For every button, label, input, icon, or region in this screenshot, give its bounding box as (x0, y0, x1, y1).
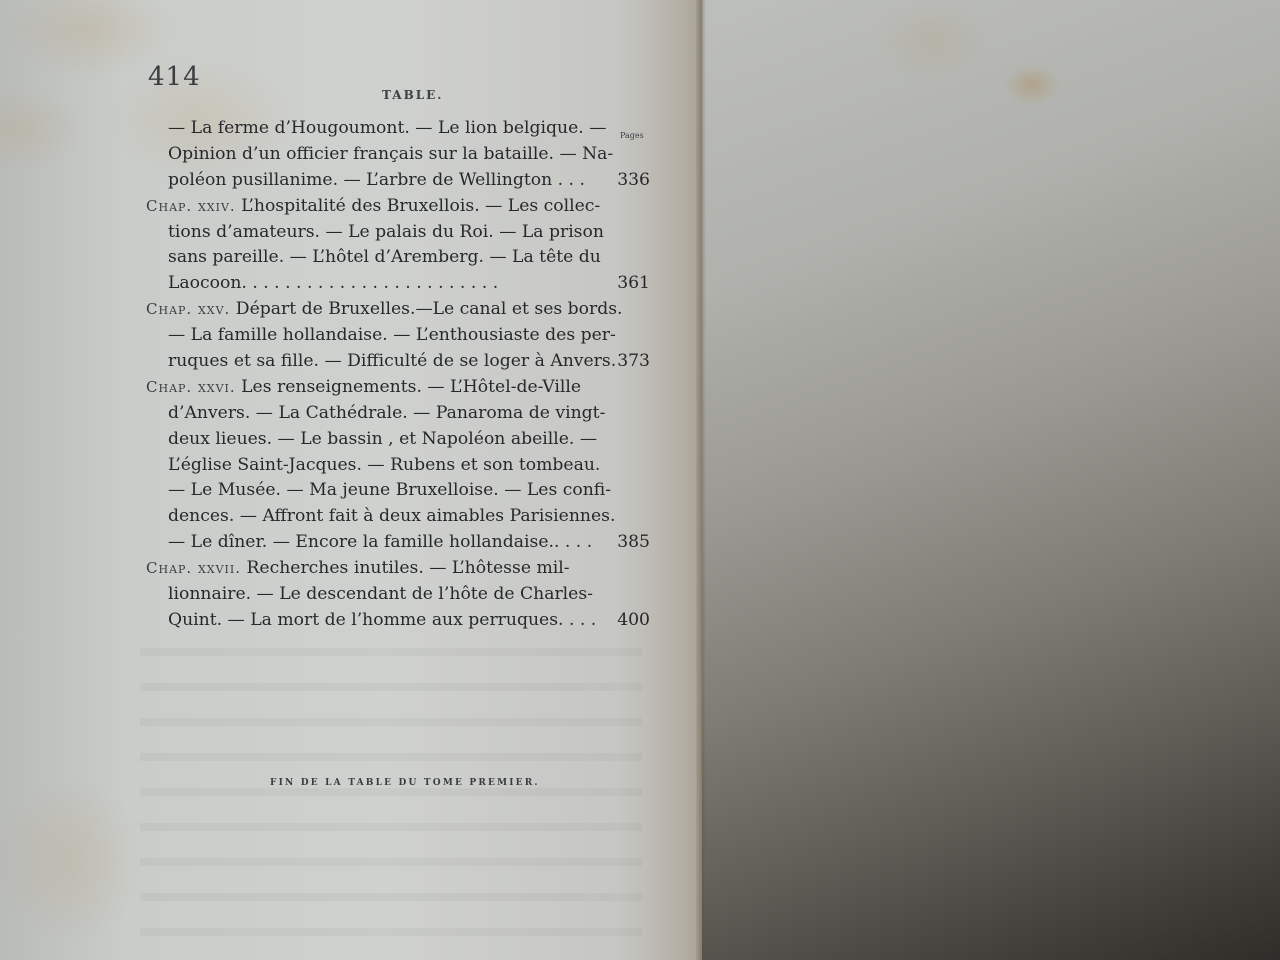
toc-chapter-line: Chap. xxvii. Recherches inutiles. — L’hô… (146, 556, 656, 582)
toc-line: Opinion d’un officier français sur la ba… (146, 142, 656, 168)
toc-line: — La famille hollandaise. — L’enthousias… (146, 323, 656, 349)
toc-line: deux lieues. — Le bassin , et Napoléon a… (146, 427, 656, 453)
chapter-label: Chap. xxvi. (146, 378, 236, 396)
book-spread: 414 TABLE. Pages — La ferme d’Hougoumont… (0, 0, 1280, 960)
toc-page-number: 373 (617, 349, 650, 375)
chapter-label: Chap. xxv. (146, 300, 230, 318)
toc-line: Laocoon. . . . . . . . . . . . . . . . .… (146, 271, 656, 297)
toc-line: — La ferme d’Hougoumont. — Le lion belgi… (146, 116, 656, 142)
end-of-table-note: FIN DE LA TABLE DU TOME PREMIER. (270, 778, 540, 788)
toc-page-number: 385 (617, 530, 650, 556)
toc-chapter-line: Chap. xxvi. Les renseignements. — L’Hôte… (146, 375, 656, 401)
toc-line: d’Anvers. — La Cathédrale. — Panaroma de… (146, 401, 656, 427)
toc-page-number: 361 (617, 271, 650, 297)
toc-line: — Le dîner. — Encore la famille hollanda… (146, 530, 656, 556)
toc-chapter-line: Chap. xxv. Départ de Bruxelles.—Le canal… (146, 297, 656, 323)
toc-line: L’église Saint-Jacques. — Rubens et son … (146, 453, 656, 479)
toc-page-number: 400 (617, 608, 650, 634)
right-page-blank (702, 0, 1280, 960)
running-head: TABLE. (382, 88, 444, 102)
chapter-label: Chap. xxvii. (146, 559, 241, 577)
toc-line: dences. — Affront fait à deux aimables P… (146, 504, 656, 530)
toc-line: poléon pusillanime. — L’arbre de Welling… (146, 168, 656, 194)
page-number: 414 (148, 62, 201, 92)
table-of-contents: — La ferme d’Hougoumont. — Le lion belgi… (146, 116, 656, 634)
toc-line: sans pareille. — L’hôtel d’Aremberg. — L… (146, 245, 656, 271)
left-page: 414 TABLE. Pages — La ferme d’Hougoumont… (0, 0, 702, 960)
chapter-label: Chap. xxiv. (146, 197, 236, 215)
toc-line: — Le Musée. — Ma jeune Bruxelloise. — Le… (146, 478, 656, 504)
toc-chapter-line: Chap. xxiv. L’hospitalité des Bruxellois… (146, 194, 656, 220)
toc-line: ruques et sa fille. — Difficulté de se l… (146, 349, 656, 375)
toc-line: tions d’amateurs. — Le palais du Roi. — … (146, 220, 656, 246)
toc-line: Quint. — La mort de l’homme aux perruque… (146, 608, 656, 634)
toc-page-number: 336 (617, 168, 650, 194)
toc-line: lionnaire. — Le descendant de l’hôte de … (146, 582, 656, 608)
